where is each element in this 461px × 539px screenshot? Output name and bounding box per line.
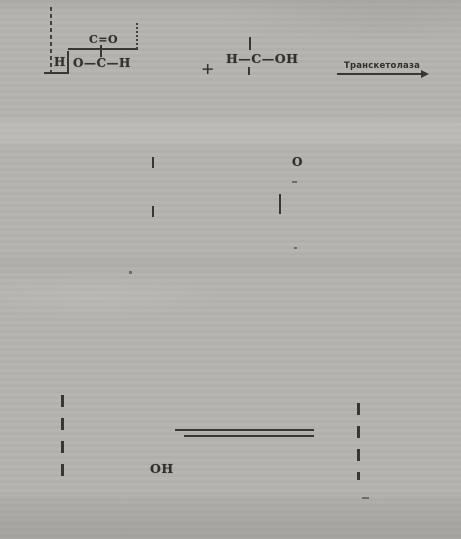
carbonyl-label: C=O: [89, 33, 118, 46]
bond-above-carbon: [249, 37, 251, 50]
double-line-top: [175, 429, 314, 431]
oxygen-label: O: [292, 155, 303, 169]
hcoh-label: H—C—OH: [226, 51, 298, 66]
faded-speck: [294, 247, 297, 249]
hydrogen-label: H: [54, 55, 66, 69]
faded-mark: [292, 181, 297, 183]
enzyme-label: Транскетолаза: [337, 61, 427, 71]
horizontal-bond-line: [68, 48, 138, 50]
dashed-bond-bottom-right: [357, 403, 360, 480]
faded-bond-mark: [152, 157, 154, 168]
faded-speck: [129, 271, 132, 274]
bond-below-carbon: [248, 67, 250, 75]
bracket-right-line: [67, 51, 69, 74]
dashed-bond-bottom-left: [61, 395, 64, 481]
dotted-bond-right: [136, 23, 138, 49]
scanned-page: H C=O O—C—H + H—C—OH Транскетолаза O OH: [0, 0, 461, 539]
plus-sign: +: [201, 59, 215, 78]
hydroxyl-label: OH: [150, 461, 174, 476]
och-label: O—C—H: [73, 56, 131, 70]
reaction-arrow-line: [337, 73, 423, 75]
double-line-bottom: [184, 435, 314, 437]
dashed-bond-left: [50, 7, 52, 72]
faded-bond-mark: [152, 206, 154, 217]
faded-mark: [362, 497, 369, 499]
vertical-bond-fragment: [279, 194, 281, 214]
reaction-arrow-head: [421, 70, 429, 78]
bracket-bottom-line: [44, 72, 69, 74]
